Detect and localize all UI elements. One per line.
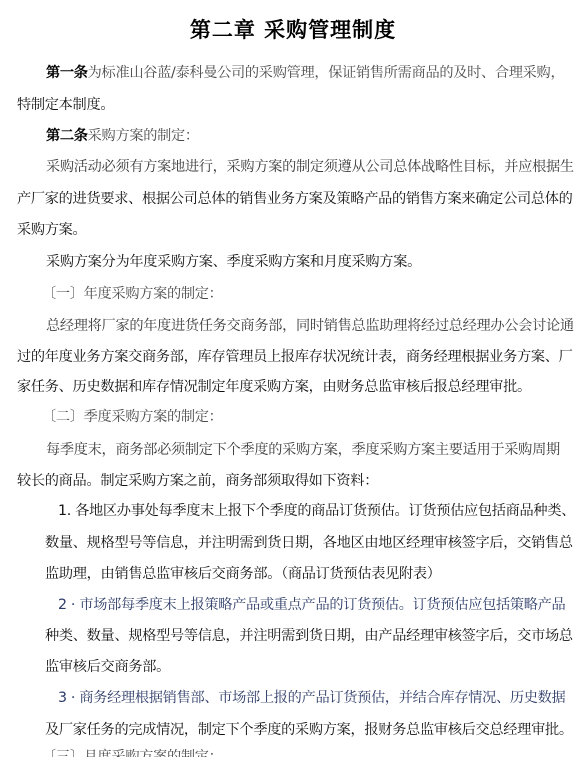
section-2-line-2: 较长的商品。制定采购方案之前，商务部须取得如下资料： <box>17 472 378 490</box>
item-2-line-1: 2 · 市场部每季度末上报策略产品或重点产品的订货预估。订货预估应包括策略产品 <box>58 596 565 614</box>
section-1-line-1: 总经理将厂家的年度进货任务交商务部，同时销售总监助理将经过总经理办公会讨论通 <box>46 317 574 335</box>
section-1-line-2: 过的年度业务方案交商务部，库存管理员上报库存状况统计表，商务经理根据业务方案、厂 <box>17 348 573 366</box>
article-2-p1-line-2: 产厂家的进货要求、根据公司总体的销售业务方案及策略产品的销售方案来确定公司总体的 <box>17 190 573 208</box>
section-1-line-3: 家任务、历史数据和库存情况制定年度采购方案，由财务总监审核后报总经理审批。 <box>17 378 531 396</box>
article-1-label: 第一条 <box>46 65 88 81</box>
article-2-label: 第二条 <box>46 128 88 144</box>
article-2-heading-text: 采购方案的制定： <box>88 128 199 144</box>
item-2-line-2: 种类、数量、规格型号等信息，并注明需到货日期，由产品经理审核签字后，交市场总 <box>45 627 573 645</box>
article-2-heading: 第二条采购方案的制定： <box>46 127 199 145</box>
item-1-line-2: 数量、规格型号等信息，并注明需到货日期，各地区由地区经理审核签字后，交销售总 <box>45 534 573 552</box>
item-1-line-3: 监助理，由销售总监审核后交商务部。（商品订货预估表见附表） <box>45 565 441 583</box>
section-3-heading: 〔三〕月度采购方案的制定： <box>42 748 223 757</box>
article-2-p1-line-1: 采购活动必须有方案地进行，采购方案的制定须遵从公司总体战略性目标，并应根据生 <box>46 158 574 176</box>
item-2-line-3: 监审核后交商务部。 <box>45 658 170 676</box>
item-3-line-1: 3 · 商务经理根据销售部、市场部上报的产品订货预估，并结合库存情况、历史数据 <box>58 689 565 707</box>
article-1-line-2: 特制定本制度。 <box>17 96 114 114</box>
article-1-text-1: 为标准山谷蓝/泰科曼公司的采购管理，保证销售所需商品的及时、合理采购， <box>88 65 565 81</box>
chapter-title: 第二章 采购管理制度 <box>0 14 586 44</box>
section-2-line-1: 每季度末，商务部必须制定下个季度的采购方案，季度采购方案主要适用于采购周期 <box>46 441 560 459</box>
section-2-heading: 〔二〕季度采购方案的制定： <box>42 408 223 426</box>
item-1-line-1: 1. 各地区办事处每季度末上报下个季度的商品订货预估。订货预估应包括商品种类、 <box>58 502 575 520</box>
article-2-p1-line-3: 采购方案。 <box>17 221 86 239</box>
item-3-line-2: 及厂家任务的完成情况，制定下个季度的采购方案，报财务总监审核后交总经理审批。 <box>45 721 573 739</box>
article-2-p2: 采购方案分为年度采购方案、季度采购方案和月度采购方案。 <box>46 253 421 271</box>
article-1-line-1: 第一条为标准山谷蓝/泰科曼公司的采购管理，保证销售所需商品的及时、合理采购， <box>46 64 564 82</box>
section-1-heading: 〔一〕年度采购方案的制定： <box>42 285 223 303</box>
